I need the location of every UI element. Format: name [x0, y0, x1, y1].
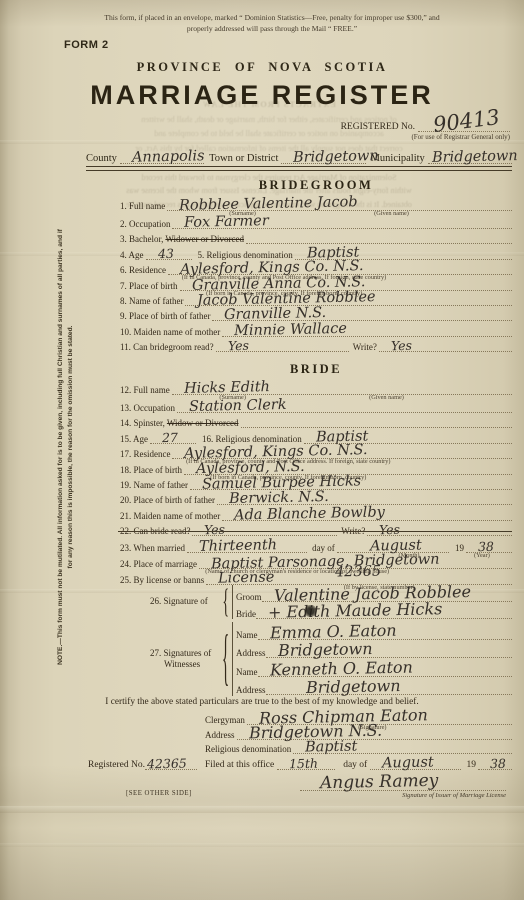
- field-line: August: [370, 756, 460, 770]
- field-label: 16. Religious denomination: [196, 434, 304, 444]
- marriage-section: 23. When married Thirteenth day of Augus…: [120, 537, 512, 585]
- field-line: Station Clerk: [177, 400, 512, 413]
- field-label: 19. Name of father: [120, 480, 190, 490]
- field-label: 24. Place of marriage: [120, 559, 199, 569]
- field-label: 5. Religious denomination: [192, 250, 295, 260]
- county-label: County: [86, 153, 120, 164]
- registered-no-line: 90413: [418, 131, 510, 132]
- field-line: 27: [150, 431, 196, 444]
- bridegroom-heading: BRIDEGROOM: [120, 178, 512, 193]
- field-line: Ada Blanche Bowlby: [222, 508, 512, 521]
- field-label: 13. Occupation: [120, 403, 177, 413]
- location-row: County Annapolis Town or District Bridge…: [86, 146, 512, 164]
- marriage-register-scan: EXTRACTS FROM THE LAW of notices and cer…: [0, 0, 524, 900]
- field-row: Address Bridgetown N.S.: [205, 725, 512, 740]
- field-row: 9. Place of birth of father Granville N.…: [120, 306, 512, 321]
- field-row: 8. Name of father Jacob Valentine Robble…: [120, 291, 512, 306]
- witnesses-block: 27. Signatures of Witnesses { Name Emma …: [150, 622, 512, 696]
- field-label: 8. Name of father: [120, 296, 185, 306]
- field-row: 3. Bachelor, Widower or Divorced: [120, 229, 512, 244]
- handwritten-value: 43: [157, 246, 173, 261]
- field-label: 18. Place of birth: [120, 465, 184, 475]
- clergyman-label: Clergyman: [205, 715, 247, 725]
- field-label: 2. Occupation: [120, 219, 172, 229]
- bride-section: BRIDE 12. Full name Hicks Edith (Surname…: [120, 362, 512, 536]
- field-row: 14. Spinster, Widow or Divorced: [120, 413, 512, 428]
- registered-no: 42365: [147, 756, 187, 772]
- witness-name-row: Name Emma O. Eaton: [236, 623, 512, 640]
- witnesses-label: 27. Signatures of: [150, 648, 224, 659]
- section-divider-rule: [118, 531, 512, 532]
- margin-note: NOTE.—This form must not be mutilated. A…: [56, 226, 76, 668]
- field-line: 38 (Year): [466, 540, 512, 553]
- field-row: 20. Place of birth of father Berwick. N.…: [120, 490, 512, 505]
- field-line: Granville N.S.: [212, 308, 512, 321]
- field-label-struck: Widower or Divorced: [165, 234, 246, 244]
- signature-line: + Edith Maude Hicks: [256, 605, 512, 619]
- address-label: Address: [236, 685, 266, 695]
- province-heading: PROVINCE OF NOVA SCOTIA: [0, 60, 524, 75]
- field-label: 23. When married: [120, 543, 187, 553]
- handwritten-value: Yes: [379, 522, 400, 537]
- field-label: 14. Spinster,: [120, 418, 167, 428]
- witness1-address: Bridgetown: [277, 639, 372, 660]
- field-label: 17. Residence: [120, 449, 172, 459]
- field-row: 22. Can bride read? Yes Write? Yes: [120, 521, 512, 536]
- field-row: 2. Occupation Fox Farmer: [120, 211, 512, 229]
- field-label: 1. Full name: [120, 201, 167, 211]
- paper-crease: [0, 806, 524, 813]
- handwritten-value: 27: [162, 430, 178, 445]
- field-line: 38: [478, 756, 512, 770]
- field-label: 4. Age: [120, 250, 146, 260]
- address-label: Address: [205, 730, 237, 740]
- left-brace: {: [222, 430, 234, 889]
- town-line: Bridgetown: [281, 149, 365, 164]
- bride-heading: BRIDE: [120, 362, 512, 377]
- bridegroom-section: BRIDEGROOM 1. Full name Robblee Valentin…: [120, 178, 512, 352]
- field-label: 11. Can bridegroom read?: [120, 342, 216, 352]
- field-row: 18. Place of birth Aylesford, N.S. (If b…: [120, 459, 512, 474]
- name-label: Name: [236, 667, 258, 677]
- field-row: 13. Occupation Station Clerk: [120, 395, 512, 413]
- paper-crease: [0, 843, 524, 847]
- field-line: Aylesford, Kings Co. N.S. (If in Canada,…: [168, 262, 512, 275]
- signature-line: Angus Ramey: [300, 770, 506, 791]
- bride-signature: + Edith Maude Hicks: [268, 599, 443, 622]
- town-value: Bridgetown: [293, 148, 379, 166]
- field-line: Yes: [367, 523, 512, 536]
- registered-label: Registered No.: [88, 760, 145, 770]
- double-rule: [86, 166, 512, 171]
- groom-signature-row: Groom Valentine Jacob Robblee: [236, 585, 512, 602]
- field-line: 15th: [277, 756, 335, 770]
- field-row: 4. Age 43 5. Religious denomination Bapt…: [120, 244, 512, 259]
- field-row: 1. Full name Robblee Valentine Jacob (Su…: [120, 193, 512, 211]
- signature-block: 26. Signature of { Groom Valentine Jacob…: [150, 585, 512, 619]
- name-label: Name: [236, 630, 258, 640]
- county-value: Annapolis: [132, 148, 205, 166]
- field-line: 43: [146, 247, 192, 260]
- field-line: Bridgetown N.S.: [237, 727, 513, 740]
- field-row: 10. Maiden name of mother Minnie Wallace: [120, 321, 512, 336]
- field-row: 23. When married Thirteenth day of Augus…: [120, 537, 512, 553]
- municipality-value: Bridgetown: [432, 148, 518, 166]
- witness1-name: Emma O. Eaton: [269, 620, 396, 642]
- municipality-line: Bridgetown: [428, 149, 512, 164]
- field-label: 20. Place of birth of father: [120, 495, 217, 505]
- signature-line: Bridgetown: [266, 681, 513, 695]
- field-label: 7. Place of birth: [120, 281, 180, 291]
- field-line: Berwick. N.S.: [217, 492, 512, 505]
- bride-signature-row: Bride + Edith Maude Hicks: [236, 602, 512, 619]
- filed-year: 38: [490, 756, 506, 771]
- form-number-label: FORM 2: [64, 39, 109, 51]
- registrar-general-note: (For use of Registrar General only): [300, 133, 510, 141]
- field-label: 15. Age: [120, 434, 150, 444]
- field-line: Minnie Wallace: [222, 324, 512, 337]
- address-label: Address: [236, 648, 266, 658]
- field-line: Yes: [216, 339, 349, 352]
- field-line: Samuel Burpee Hicks: [190, 477, 512, 490]
- field-label-struck: Widow or Divorced: [167, 418, 241, 428]
- witness-address-row: Address Bridgetown: [236, 641, 512, 658]
- signature-line: Kenneth O. Eaton: [258, 663, 513, 677]
- field-line: [246, 231, 512, 244]
- field-line: 42365: [145, 756, 197, 770]
- issuer-signature: Angus Ramey: [320, 771, 439, 793]
- registered-filed-row: Registered No. 42365 Filed at this offic…: [88, 752, 512, 770]
- field-line: Hicks Edith (Surname) (Given name): [172, 382, 512, 395]
- day-of-label: day of: [335, 760, 370, 770]
- field-row: 7. Place of birth Granville Anna Co. N.S…: [120, 275, 512, 290]
- signature-line: Bridgetown: [266, 644, 513, 658]
- field-line: Jacob Valentine Robblee: [185, 293, 512, 306]
- license-number: 42365: [334, 564, 380, 581]
- field-line: Fox Farmer: [172, 216, 512, 229]
- see-other-side-note: [SEE OTHER SIDE]: [126, 790, 192, 797]
- year-prefix: 19: [449, 543, 466, 553]
- issuer-signature-block: Angus Ramey Signature of Issuer of Marri…: [300, 770, 506, 799]
- field-label: 6. Residence: [120, 265, 168, 275]
- document-title: MARRIAGE REGISTER: [0, 80, 524, 111]
- field-row: 6. Residence Aylesford, Kings Co. N.S. (…: [120, 260, 512, 275]
- field-label: 12. Full name: [120, 385, 172, 395]
- issuer-note: Signature of Issuer of Marriage License: [300, 792, 506, 799]
- town-label: Town or District: [204, 153, 281, 164]
- witness-address-row: Address Bridgetown: [236, 678, 512, 695]
- field-line: [241, 415, 512, 428]
- field-row: 19. Name of father Samuel Burpee Hicks: [120, 475, 512, 490]
- handwritten-value: Yes: [391, 338, 412, 353]
- field-label: Write?: [349, 342, 379, 352]
- field-line: Yes: [379, 339, 512, 352]
- field-row: 24. Place of marriage Baptist Parsonage,…: [120, 553, 512, 569]
- field-row: 17. Residence Aylesford, Kings Co. N.S. …: [120, 444, 512, 459]
- signature-of-label: 26. Signature of: [150, 596, 224, 607]
- field-label: 25. By license or banns: [120, 575, 206, 585]
- field-line: Thirteenth: [187, 540, 307, 553]
- field-line: Yes: [192, 523, 337, 536]
- field-row: 15. Age 27 16. Religious denomination Ba…: [120, 428, 512, 443]
- county-line: Annapolis: [120, 149, 204, 164]
- bride-label: Bride: [236, 609, 256, 619]
- field-label: 10. Maiden name of mother: [120, 327, 222, 337]
- mail-instruction-note: This form, if placed in an envelope, mar…: [92, 12, 452, 34]
- clergyman-block: Clergyman Ross Chipman Eaton (Signature)…: [205, 710, 512, 754]
- field-label: day of: [307, 543, 337, 553]
- registered-number-block: REGISTERED No. 90413 (For use of Registr…: [300, 112, 510, 141]
- field-label: 21. Maiden name of mother: [120, 511, 222, 521]
- field-line: Robblee Valentine Jacob (Surname) (Given…: [167, 198, 512, 211]
- field-label: 3. Bachelor,: [120, 234, 165, 244]
- field-row: 12. Full name Hicks Edith (Surname) (Giv…: [120, 377, 512, 395]
- field-row: 11. Can bridegroom read? Yes Write? Yes: [120, 337, 512, 352]
- filed-day: 15th: [289, 756, 318, 772]
- year-prefix: 19: [461, 760, 479, 770]
- field-row: 21. Maiden name of mother Ada Blanche Bo…: [120, 505, 512, 520]
- filed-month: August: [382, 754, 434, 771]
- field-line: Granville Anna Co. N.S. (If born in Cana…: [180, 278, 513, 291]
- witness2-address: Bridgetown: [305, 676, 400, 697]
- signature-line: Emma O. Eaton: [258, 626, 513, 640]
- witness-name-row: Name Kenneth O. Eaton: [236, 660, 512, 677]
- registered-no-label: REGISTERED No.: [341, 122, 415, 132]
- filed-label: Filed at this office: [197, 760, 277, 770]
- groom-label: Groom: [236, 592, 262, 602]
- handwritten-value: Yes: [227, 338, 248, 353]
- certify-statement: I certify the above stated particulars a…: [0, 697, 524, 707]
- witnesses-label-2: Witnesses: [150, 659, 224, 670]
- field-label: 9. Place of birth of father: [120, 311, 212, 321]
